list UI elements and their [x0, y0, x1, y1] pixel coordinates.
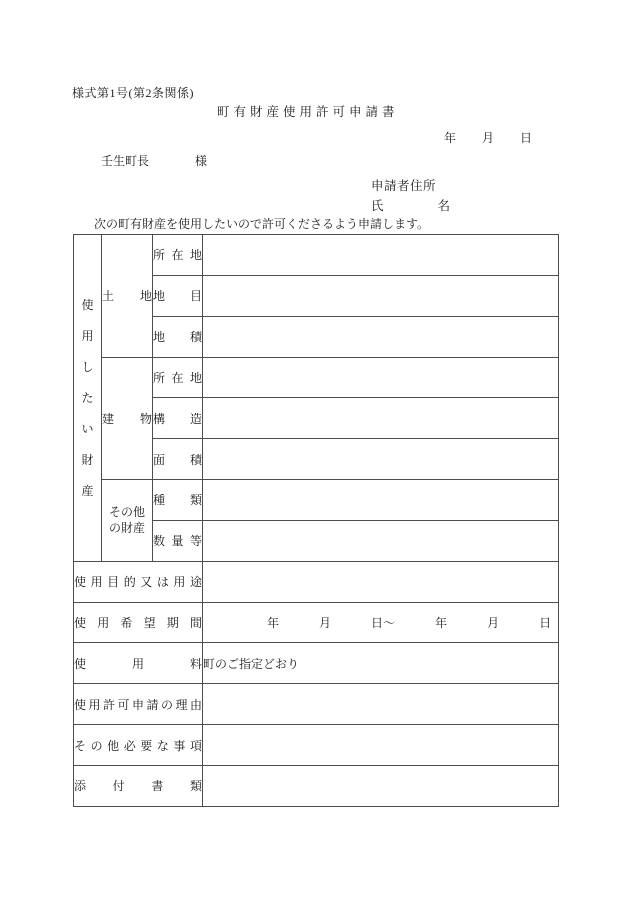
land-area-value-cell: [203, 316, 559, 357]
reason-value-cell: [203, 684, 559, 725]
applicant-address-label: 申請者住所: [371, 176, 436, 194]
other-matters-value-cell: [203, 725, 559, 766]
building-section-label: 建物: [102, 357, 153, 480]
land-category-value-cell: [203, 275, 559, 316]
row-land-location: 使 用 し た い 財 産 土地 所在地: [74, 235, 559, 276]
other-quantity-value-cell: [203, 520, 559, 561]
other-type-value-cell: [203, 480, 559, 521]
name-label-first-char: 氏: [371, 196, 384, 214]
land-section-label: 土地: [102, 235, 153, 358]
period-start-year-label: 年: [267, 614, 279, 631]
date-year-label: 年: [444, 129, 456, 146]
desired-period-label: 使用希望期間: [74, 602, 203, 643]
building-location-value-cell: [203, 357, 559, 398]
property-group-char: た: [81, 391, 93, 405]
property-group-vertical-label: 使 用 し た い 財 産: [74, 235, 101, 561]
attachments-value-cell: [203, 765, 559, 806]
row-other-matters: その他必要な事項: [74, 725, 559, 766]
other-quantity-label: 数量等: [153, 520, 203, 561]
property-group-char: 産: [81, 484, 93, 498]
period-end-day-label: 日: [539, 614, 551, 631]
row-attachments: 添付書類: [74, 765, 559, 806]
building-area-label: 面積: [153, 439, 203, 480]
property-group-char: 財: [81, 453, 93, 467]
date-month-label: 月: [482, 129, 494, 146]
building-location-label: 所在地: [153, 357, 203, 398]
land-location-label: 所在地: [153, 235, 203, 276]
application-statement: 次の町有財産を使用したいので許可くださるよう申請します。: [94, 215, 429, 232]
form-number: 様式第1号(第2条関係): [72, 84, 194, 101]
other-section-label-line1: その他: [109, 505, 145, 519]
other-section-label-lines: その他 の財産: [102, 505, 152, 535]
row-building-location: 建物 所在地: [74, 357, 559, 398]
period-start-day-label: 日～: [371, 614, 395, 631]
building-area-value-cell: [203, 439, 559, 480]
name-label-second-char: 名: [438, 196, 451, 214]
property-group-label-cell: 使 用 し た い 財 産: [74, 235, 102, 562]
fee-label: 使用料: [74, 643, 203, 684]
other-type-label: 種類: [153, 480, 203, 521]
other-matters-label: その他必要な事項: [74, 725, 203, 766]
building-structure-value-cell: [203, 398, 559, 439]
recipient-honorific: 様: [195, 152, 207, 169]
row-other-type: その他 の財産 種類: [74, 480, 559, 521]
row-purpose: 使用目的又は用途: [74, 561, 559, 602]
period-end-month-label: 月: [487, 614, 499, 631]
attachments-label: 添付書類: [74, 765, 203, 806]
form-table: 使 用 し た い 財 産 土地 所在地 地目 地積: [73, 234, 559, 807]
reason-label: 使用許可申請の理由: [74, 684, 203, 725]
row-desired-period: 使用希望期間 年 月 日～ 年 月 日: [74, 602, 559, 643]
land-category-label: 地目: [153, 275, 203, 316]
property-group-char: い: [81, 422, 93, 436]
building-structure-label: 構造: [153, 398, 203, 439]
recipient-name: 壬生町長: [101, 152, 149, 169]
row-fee: 使用料 町のご指定どおり: [74, 643, 559, 684]
period-end-year-label: 年: [435, 614, 447, 631]
property-group-char: し: [81, 360, 93, 374]
land-area-label: 地積: [153, 316, 203, 357]
fee-value-cell: 町のご指定どおり: [203, 643, 559, 684]
land-location-value-cell: [203, 235, 559, 276]
purpose-label: 使用目的又は用途: [74, 561, 203, 602]
applicant-name-label: 氏 名: [371, 196, 450, 214]
desired-period-value-cell: 年 月 日～ 年 月 日: [203, 602, 559, 643]
property-group-char: 使: [81, 298, 93, 312]
row-reason: 使用許可申請の理由: [74, 684, 559, 725]
date-day-label: 日: [520, 129, 532, 146]
other-section-label-line2: の財産: [109, 521, 145, 535]
application-form-page: 様式第1号(第2条関係) 町有財産使用許可申請書 年 月 日 壬生町長 様 申請…: [0, 0, 630, 915]
desired-period-value: 年 月 日～ 年 月 日: [203, 614, 558, 631]
property-group-char: 用: [81, 329, 93, 343]
form-title: 町有財産使用許可申請書: [217, 102, 399, 120]
purpose-value-cell: [203, 561, 559, 602]
date-line: 年 月 日: [444, 129, 532, 146]
other-section-label: その他 の財産: [102, 480, 153, 562]
period-start-month-label: 月: [319, 614, 331, 631]
recipient-line: 壬生町長 様: [101, 152, 207, 169]
